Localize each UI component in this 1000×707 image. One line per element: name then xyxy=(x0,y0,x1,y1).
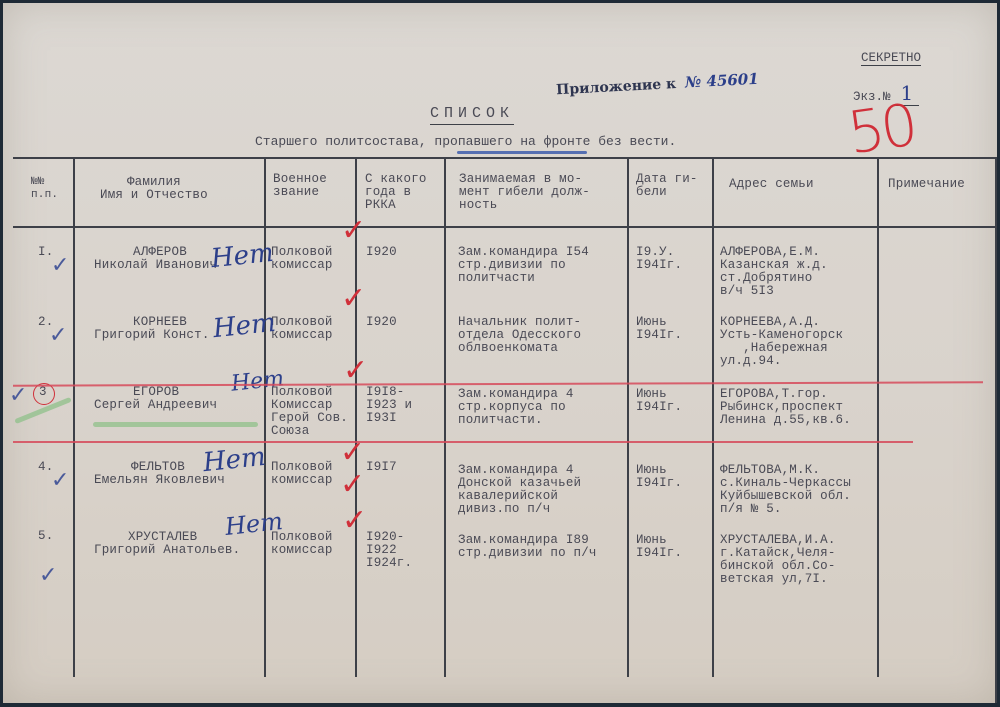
service-since: I920 xyxy=(366,316,397,329)
given-name: Григорий Конст. xyxy=(94,329,210,342)
table-header-border xyxy=(13,226,997,228)
family-address: ФЕЛЬТОВА,М.К. с.Киналь-Черкассы Куйбышев… xyxy=(720,464,851,516)
date-of-loss: I9.У. I94Iг. xyxy=(636,246,682,272)
service-since: I920- I922 I924г. xyxy=(366,531,412,570)
red-check-icon: ✓ xyxy=(341,281,366,316)
service-since: I9I7 xyxy=(366,461,397,474)
col-header-position: Занимаемая в мо- мент гибели долж- ность xyxy=(459,173,590,212)
family-address: ХРУСТАЛЕВА,И.А. г.Катайск,Челя- бинской … xyxy=(720,534,836,586)
given-name: Сергей Андреевич xyxy=(94,399,217,412)
family-address: АЛФЕРОВА,Е.М. Казанская ж.д. ст.Добрятин… xyxy=(720,246,828,298)
row-number: 3 xyxy=(39,386,47,399)
appendix-number: № 45601 xyxy=(685,70,760,92)
secret-label: СЕКРЕТНО xyxy=(861,51,921,66)
handwritten-note: Нет xyxy=(212,308,278,344)
row-number: 5. xyxy=(38,530,53,543)
blue-check-icon: ✓ xyxy=(39,563,57,588)
blue-check-icon: ✓ xyxy=(51,468,69,493)
family-address: КОРНЕЕВА,А.Д. Усть-Каменогорск ,Набережн… xyxy=(720,316,843,368)
red-check-icon: ✓ xyxy=(340,435,365,470)
position: Зам.командира 4 Донской казачьей кавалер… xyxy=(458,464,581,516)
column-divider xyxy=(444,157,446,677)
blue-check-icon: ✓ xyxy=(9,383,27,408)
red-check-icon: ✓ xyxy=(341,213,366,248)
col-header-date: Дата ги- бели xyxy=(636,173,698,199)
appendix-stamp: Приложение к № 45601 xyxy=(556,70,759,99)
green-pencil-underline xyxy=(93,422,258,427)
red-strike-line xyxy=(13,381,983,386)
service-since: I9I8- I923 и I93I xyxy=(366,386,412,425)
column-divider xyxy=(264,157,266,677)
military-rank: Полковой комиссар xyxy=(271,461,333,487)
position: Зам.командира I89 стр.дивизии по п/ч xyxy=(458,534,597,560)
family-address: ЕГОРОВА,Т.гор. Рыбинск,проспект Ленина д… xyxy=(720,388,851,427)
date-of-loss: Июнь I94Iг. xyxy=(636,316,682,342)
handwritten-note: Нет xyxy=(202,442,268,478)
given-name: Григорий Анатольев. xyxy=(94,544,240,557)
military-rank: Полковой Комиссар Герой Сов. Союза xyxy=(271,386,348,438)
appendix-label: Приложение к xyxy=(556,76,677,98)
blue-check-icon: ✓ xyxy=(51,253,69,278)
document-page: Приложение к № 45601 СЕКРЕТНО Экз.№1 50 … xyxy=(3,3,997,703)
col-header-num: №№ п.п. xyxy=(31,176,58,202)
red-check-icon: ✓ xyxy=(343,353,368,388)
column-divider xyxy=(712,157,714,677)
red-check-icon: ✓ xyxy=(340,467,365,502)
column-divider xyxy=(877,157,879,677)
column-divider xyxy=(627,157,629,677)
military-rank: Полковой комиссар xyxy=(271,246,333,272)
given-name: Николай Иванович xyxy=(94,259,217,272)
military-rank: Полковой комиссар xyxy=(271,316,333,342)
date-of-loss: Июнь I94Iг. xyxy=(636,464,682,490)
table-top-border xyxy=(13,157,997,159)
position: Зам.командира 4 стр.корпуса по политчаст… xyxy=(458,388,574,427)
col-header-address: Адрес семьи xyxy=(729,178,814,191)
col-header-name: Фамилия Имя и Отчество xyxy=(100,176,208,202)
blue-check-icon: ✓ xyxy=(49,323,67,348)
col-header-note: Примечание xyxy=(888,178,965,191)
red-check-icon: ✓ xyxy=(342,503,367,538)
col-header-since: С какого года в РККА xyxy=(365,173,427,212)
col-header-rank: Военное звание xyxy=(273,173,327,199)
column-divider xyxy=(73,157,75,677)
date-of-loss: Июнь I94Iг. xyxy=(636,534,682,560)
date-of-loss: Июнь I94Iг. xyxy=(636,388,682,414)
document-subtitle: Старшего политсостава, пропавшего на фро… xyxy=(255,134,676,149)
red-number-annotation: 50 xyxy=(844,91,919,167)
position: Зам.командира I54 стр.дивизии по политча… xyxy=(458,246,589,285)
document-title: СПИСОК xyxy=(430,105,514,125)
service-since: I920 xyxy=(366,246,397,259)
right-border xyxy=(995,157,997,703)
blue-underline-mark xyxy=(457,151,587,154)
red-strike-line xyxy=(13,441,913,443)
position: Начальник полит- отдела Одесского облвое… xyxy=(458,316,581,355)
